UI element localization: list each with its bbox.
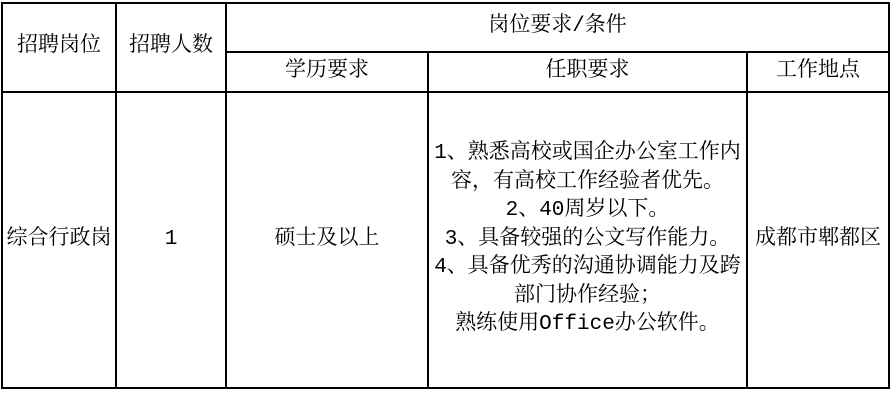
table-row: 综合行政岗 1 硕士及以上 1、熟悉高校或国企办公室工作内 容，有高校工作经验者…	[2, 92, 889, 388]
qualification-line: 容，有高校工作经验者优先。	[429, 169, 746, 198]
qualification-line: 4、具备优秀的沟通协调能力及跨	[429, 254, 746, 283]
qualification-line: 1、熟悉高校或国企办公室工作内	[429, 140, 746, 169]
header-location: 工作地点	[747, 52, 889, 92]
header-education: 学历要求	[226, 52, 428, 92]
header-position: 招聘岗位	[2, 3, 116, 92]
cell-qualifications: 1、熟悉高校或国企办公室工作内 容，有高校工作经验者优先。 2、40周岁以下。 …	[428, 92, 747, 388]
header-requirements-group: 岗位要求/条件	[226, 3, 889, 52]
cell-education: 硕士及以上	[226, 92, 428, 388]
header-row-top: 招聘岗位 招聘人数 岗位要求/条件	[2, 3, 889, 52]
qualification-line: 3、具备较强的公文写作能力。	[429, 226, 746, 255]
header-qualifications: 任职要求	[428, 52, 747, 92]
qualification-line: 熟练使用Office办公软件。	[429, 311, 746, 340]
recruitment-table: 招聘岗位 招聘人数 岗位要求/条件 学历要求 任职要求 工作地点 综合行政岗 1…	[1, 2, 890, 389]
qualification-line: 部门协作经验；	[429, 283, 746, 312]
cell-position: 综合行政岗	[2, 92, 116, 388]
header-headcount: 招聘人数	[116, 3, 226, 92]
cell-headcount: 1	[116, 92, 226, 388]
qualification-line: 2、40周岁以下。	[429, 197, 746, 226]
cell-location: 成都市郫都区	[747, 92, 889, 388]
